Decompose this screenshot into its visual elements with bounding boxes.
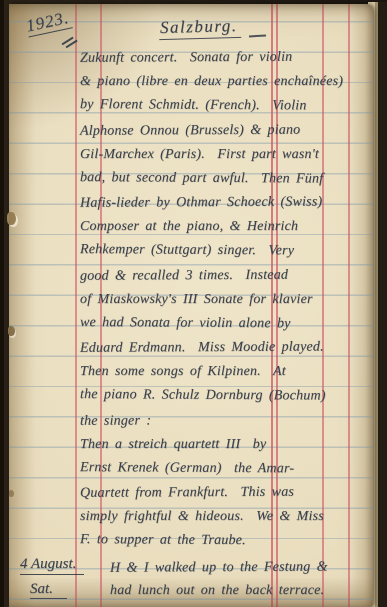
- diary-line: simply frightful & hideous. We & Miss: [80, 505, 380, 529]
- diary-line: by Florent Schmidt. (French). Violin: [80, 93, 380, 119]
- notebook-photo: 1923. Salzburg. Zukunft concert. Sonata …: [0, 0, 387, 607]
- diary-line: we had Sonata for violin alone by: [80, 311, 380, 337]
- diary-line: bad, but second part awful. Then Fünf: [80, 166, 380, 192]
- diary-line: Hafis-lieder by Othmar Schoeck (Swiss): [80, 190, 380, 216]
- entry-text: H & I walked up to the Festung &had lunc…: [110, 556, 380, 602]
- diary-line: Rehkemper (Stuttgart) singer. Very: [80, 238, 380, 264]
- left-margin-line-1: [75, 4, 77, 607]
- diary-line: Then a streich quartett III by: [80, 433, 380, 457]
- page-title: Salzburg.: [159, 17, 241, 39]
- diary-line: good & recalled 3 times. Instead: [80, 263, 380, 289]
- entry-line: had lunch out on the back terrace.: [110, 579, 380, 602]
- diary-line: Ernst Krenek (German) the Amar-: [80, 456, 380, 482]
- entry-date-text: 4 August.: [20, 556, 84, 575]
- entry-day-text: Sat.: [30, 581, 67, 599]
- diary-line: of Miaskowsky's III Sonate for klavier: [80, 288, 380, 312]
- diary-line: the piano R. Schulz Dornburg (Bochum): [80, 383, 380, 409]
- diary-line: Quartett from Frankfurt. This was: [80, 480, 380, 506]
- title-dash: [249, 35, 266, 38]
- year-label: 1923.: [24, 8, 72, 37]
- paper-edge-tear: [8, 326, 15, 336]
- paper-edge-tear: [7, 212, 16, 225]
- diary-page: 1923. Salzburg. Zukunft concert. Sonata …: [9, 4, 373, 607]
- diary-line: Composer at the piano, & Heinrich: [80, 215, 380, 239]
- page-title-text: Salzburg.: [159, 16, 241, 40]
- diary-line: Then some songs of Kilpinen. At: [80, 360, 380, 384]
- diary-line: the singer :: [80, 408, 380, 434]
- diary-line: Alphonse Onnou (Brussels) & piano: [80, 118, 380, 144]
- entry-date: 4 August.: [20, 556, 84, 573]
- diary-line: F. to supper at the Traube.: [80, 529, 380, 555]
- entry-line: H & I walked up to the Festung &: [110, 555, 380, 579]
- year-text: 1923.: [24, 8, 73, 38]
- diary-line: Zukunft concert. Sonata for violin: [80, 45, 380, 71]
- diary-line: Gil-Marchex (Paris). First part wasn't: [80, 143, 380, 167]
- diary-body: Zukunft concert. Sonata for violin& pian…: [80, 46, 380, 554]
- entry-day: Sat.: [30, 581, 67, 598]
- diary-line: & piano (libre en deux parties enchaînée…: [80, 70, 380, 94]
- diary-line: Eduard Erdmann. Miss Moodie played.: [80, 335, 380, 361]
- paper-edge-tear: [9, 490, 14, 497]
